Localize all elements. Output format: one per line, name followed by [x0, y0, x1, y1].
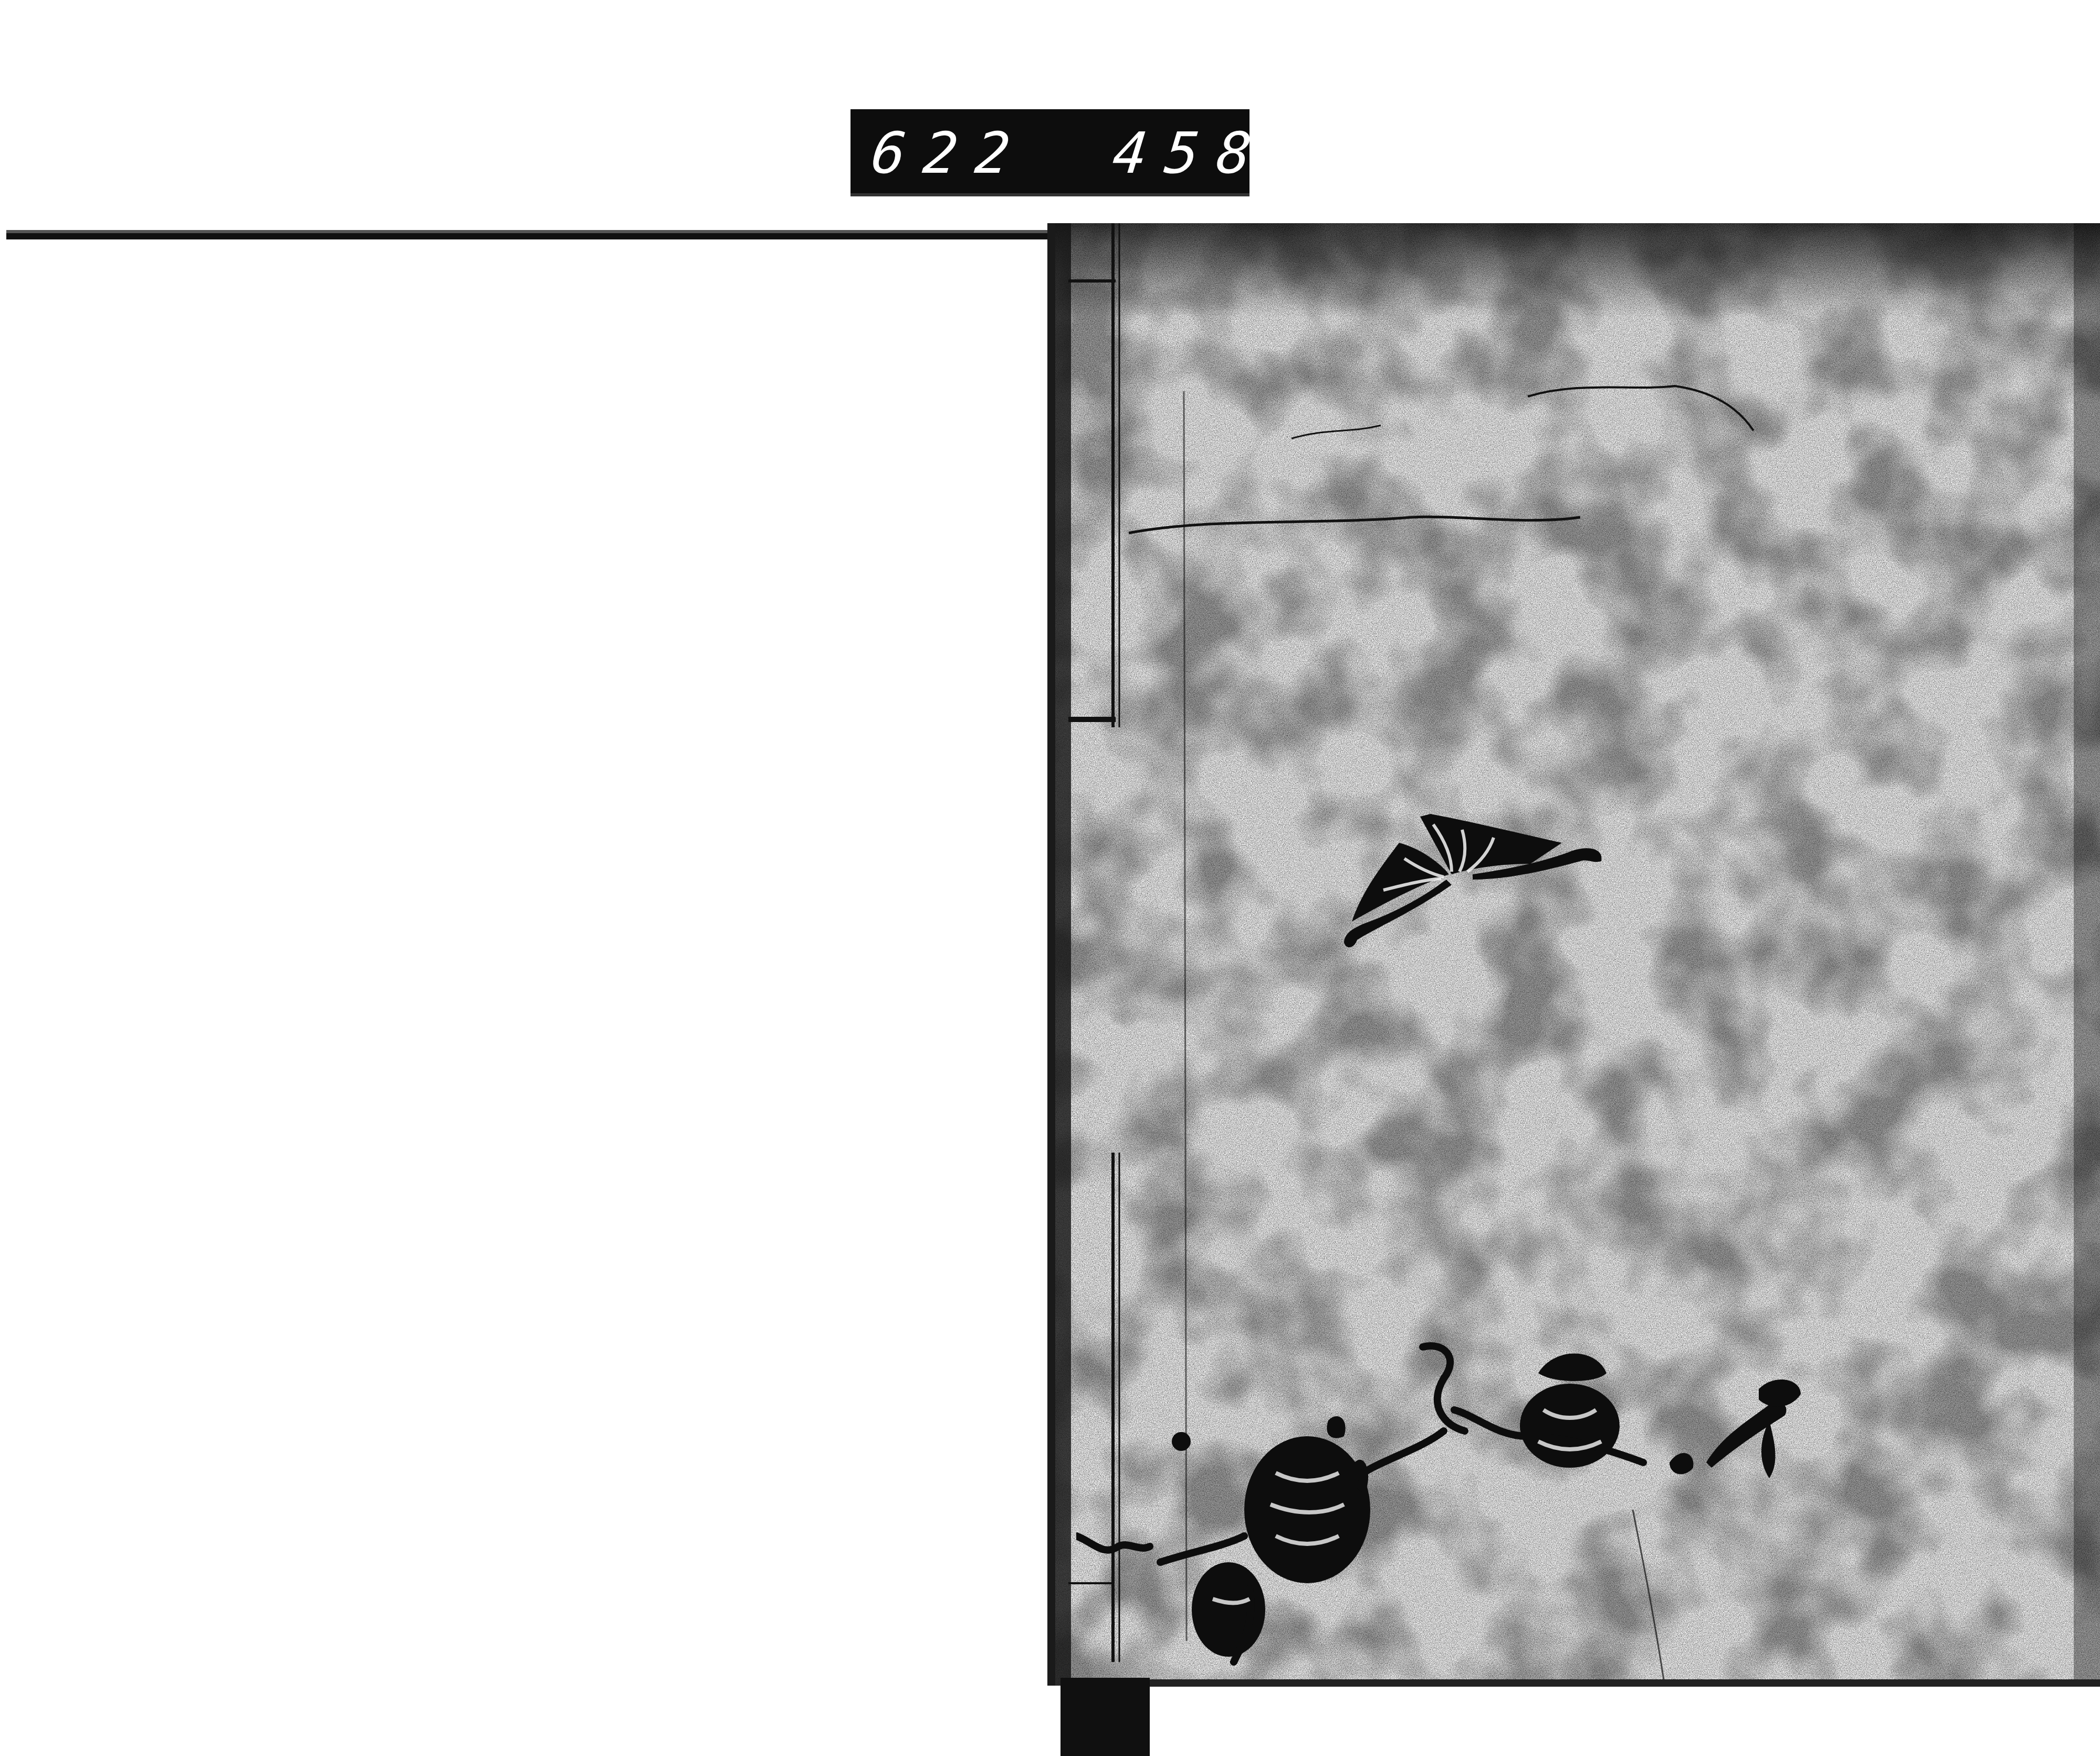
floral-vine-icon	[1076, 1326, 1864, 1667]
call-number-left: 622	[868, 121, 1031, 186]
call-number-label: 622 458.	[850, 109, 1249, 196]
book-cover	[1055, 223, 2100, 1686]
butterfly-icon	[1341, 801, 1614, 958]
scan-rule	[6, 233, 1062, 239]
cover-bottom-edge	[1150, 1679, 2100, 1687]
spine-bottom-block	[1060, 1678, 1150, 1756]
call-number-right: 458.	[1109, 121, 1324, 186]
